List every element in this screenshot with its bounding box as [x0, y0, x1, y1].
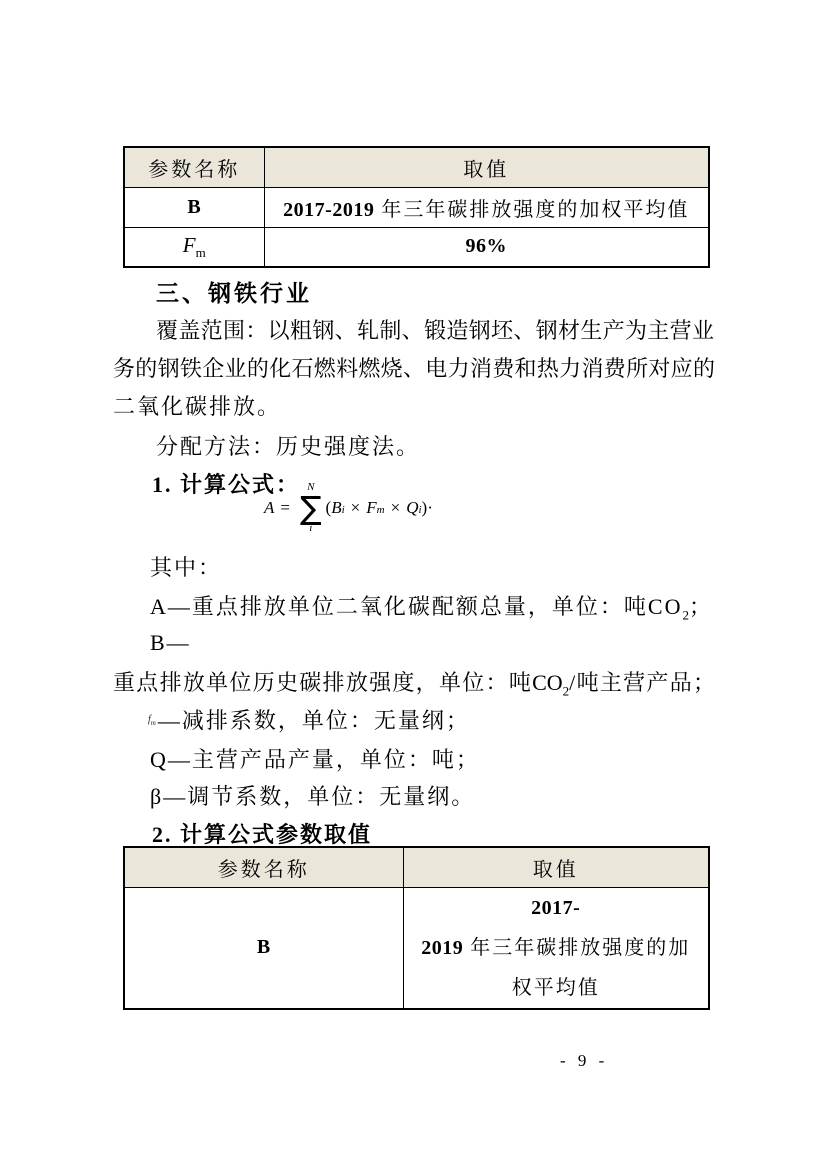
definition-a: A—重点排放单位二氧化碳配额总量，单位：吨CO2；	[150, 590, 713, 623]
params-heading: 2. 计算公式参数取值	[152, 818, 372, 849]
param-b-cell: B	[124, 187, 264, 227]
param-b-value-cell: 2017- 2019 年三年碳排放强度的加 权平均值	[403, 887, 709, 1009]
document-page: 参数名称 取值 B 2017-2019 年三年碳排放强度的加权平均值 Fm 96…	[0, 0, 827, 1169]
definition-q: Q—主营产品产量，单位：吨；	[150, 743, 480, 774]
param-fm-value-cell: 96%	[264, 227, 709, 267]
params-table-bottom: 参数名称 取值 B 2017- 2019 年三年碳排放强度的加 权平均值	[123, 846, 710, 1010]
col-header-value: 取值	[403, 847, 709, 887]
page-number: - 9 -	[560, 1051, 608, 1071]
sigma-icon: ∑	[300, 493, 322, 523]
param-b-value-cell: 2017-2019 年三年碳排放强度的加权平均值	[264, 187, 709, 227]
col-header-value: 取值	[264, 147, 709, 187]
scope-paragraph-line-2: 务的钢铁企业的化石燃料燃烧、电力消费和热力消费所对应的	[113, 352, 715, 383]
summation-symbol: N ∑ i	[300, 482, 322, 534]
definitions-intro: 其中：	[150, 551, 222, 582]
scope-paragraph-line-3: 二氧化碳排放。	[113, 390, 281, 421]
table-row: Fm 96%	[124, 227, 709, 267]
table-header-row: 参数名称 取值	[124, 847, 709, 887]
params-table-top: 参数名称 取值 B 2017-2019 年三年碳排放强度的加权平均值 Fm 96…	[123, 146, 710, 268]
formula-lhs: A	[264, 498, 274, 518]
corrupted-formula-glyph: fm	[148, 714, 156, 727]
table-row: B 2017- 2019 年三年碳排放强度的加 权平均值	[124, 887, 709, 1009]
param-b-cell: B	[124, 887, 403, 1009]
value-line-1: 2017-	[408, 888, 705, 928]
scope-paragraph-line-1: 覆盖范围：以粗钢、轧制、锻造钢坯、钢材生产为主营业	[156, 314, 714, 345]
table-header-row: 参数名称 取值	[124, 147, 709, 187]
value-line-2: 2019 年三年碳排放强度的加	[408, 928, 705, 968]
definition-beta: β—调节系数，单位：无量纲。	[150, 780, 475, 811]
formula-equals: =	[280, 498, 290, 518]
section-heading: 三、钢铁行业	[156, 275, 312, 308]
definition-fm: fm—减排系数，单位：无量纲；	[148, 704, 470, 735]
definition-b-continuation: 重点排放单位历史碳排放强度，单位：吨CO2/吨主营产品；	[113, 666, 715, 699]
col-header-param-name: 参数名称	[124, 847, 403, 887]
table-row: B 2017-2019 年三年碳排放强度的加权平均值	[124, 187, 709, 227]
value-line-3: 权平均值	[408, 968, 705, 1008]
allocation-method-line: 分配方法：历史强度法。	[156, 430, 420, 461]
param-fm-cell: Fm	[124, 227, 264, 267]
definition-b-prefix: B—	[150, 630, 191, 656]
allocation-formula: A = N ∑ i (Bi×Fm×Qi)·	[264, 482, 433, 534]
formula-expression: (Bi×Fm×Qi)·	[326, 498, 433, 518]
col-header-param-name: 参数名称	[124, 147, 264, 187]
